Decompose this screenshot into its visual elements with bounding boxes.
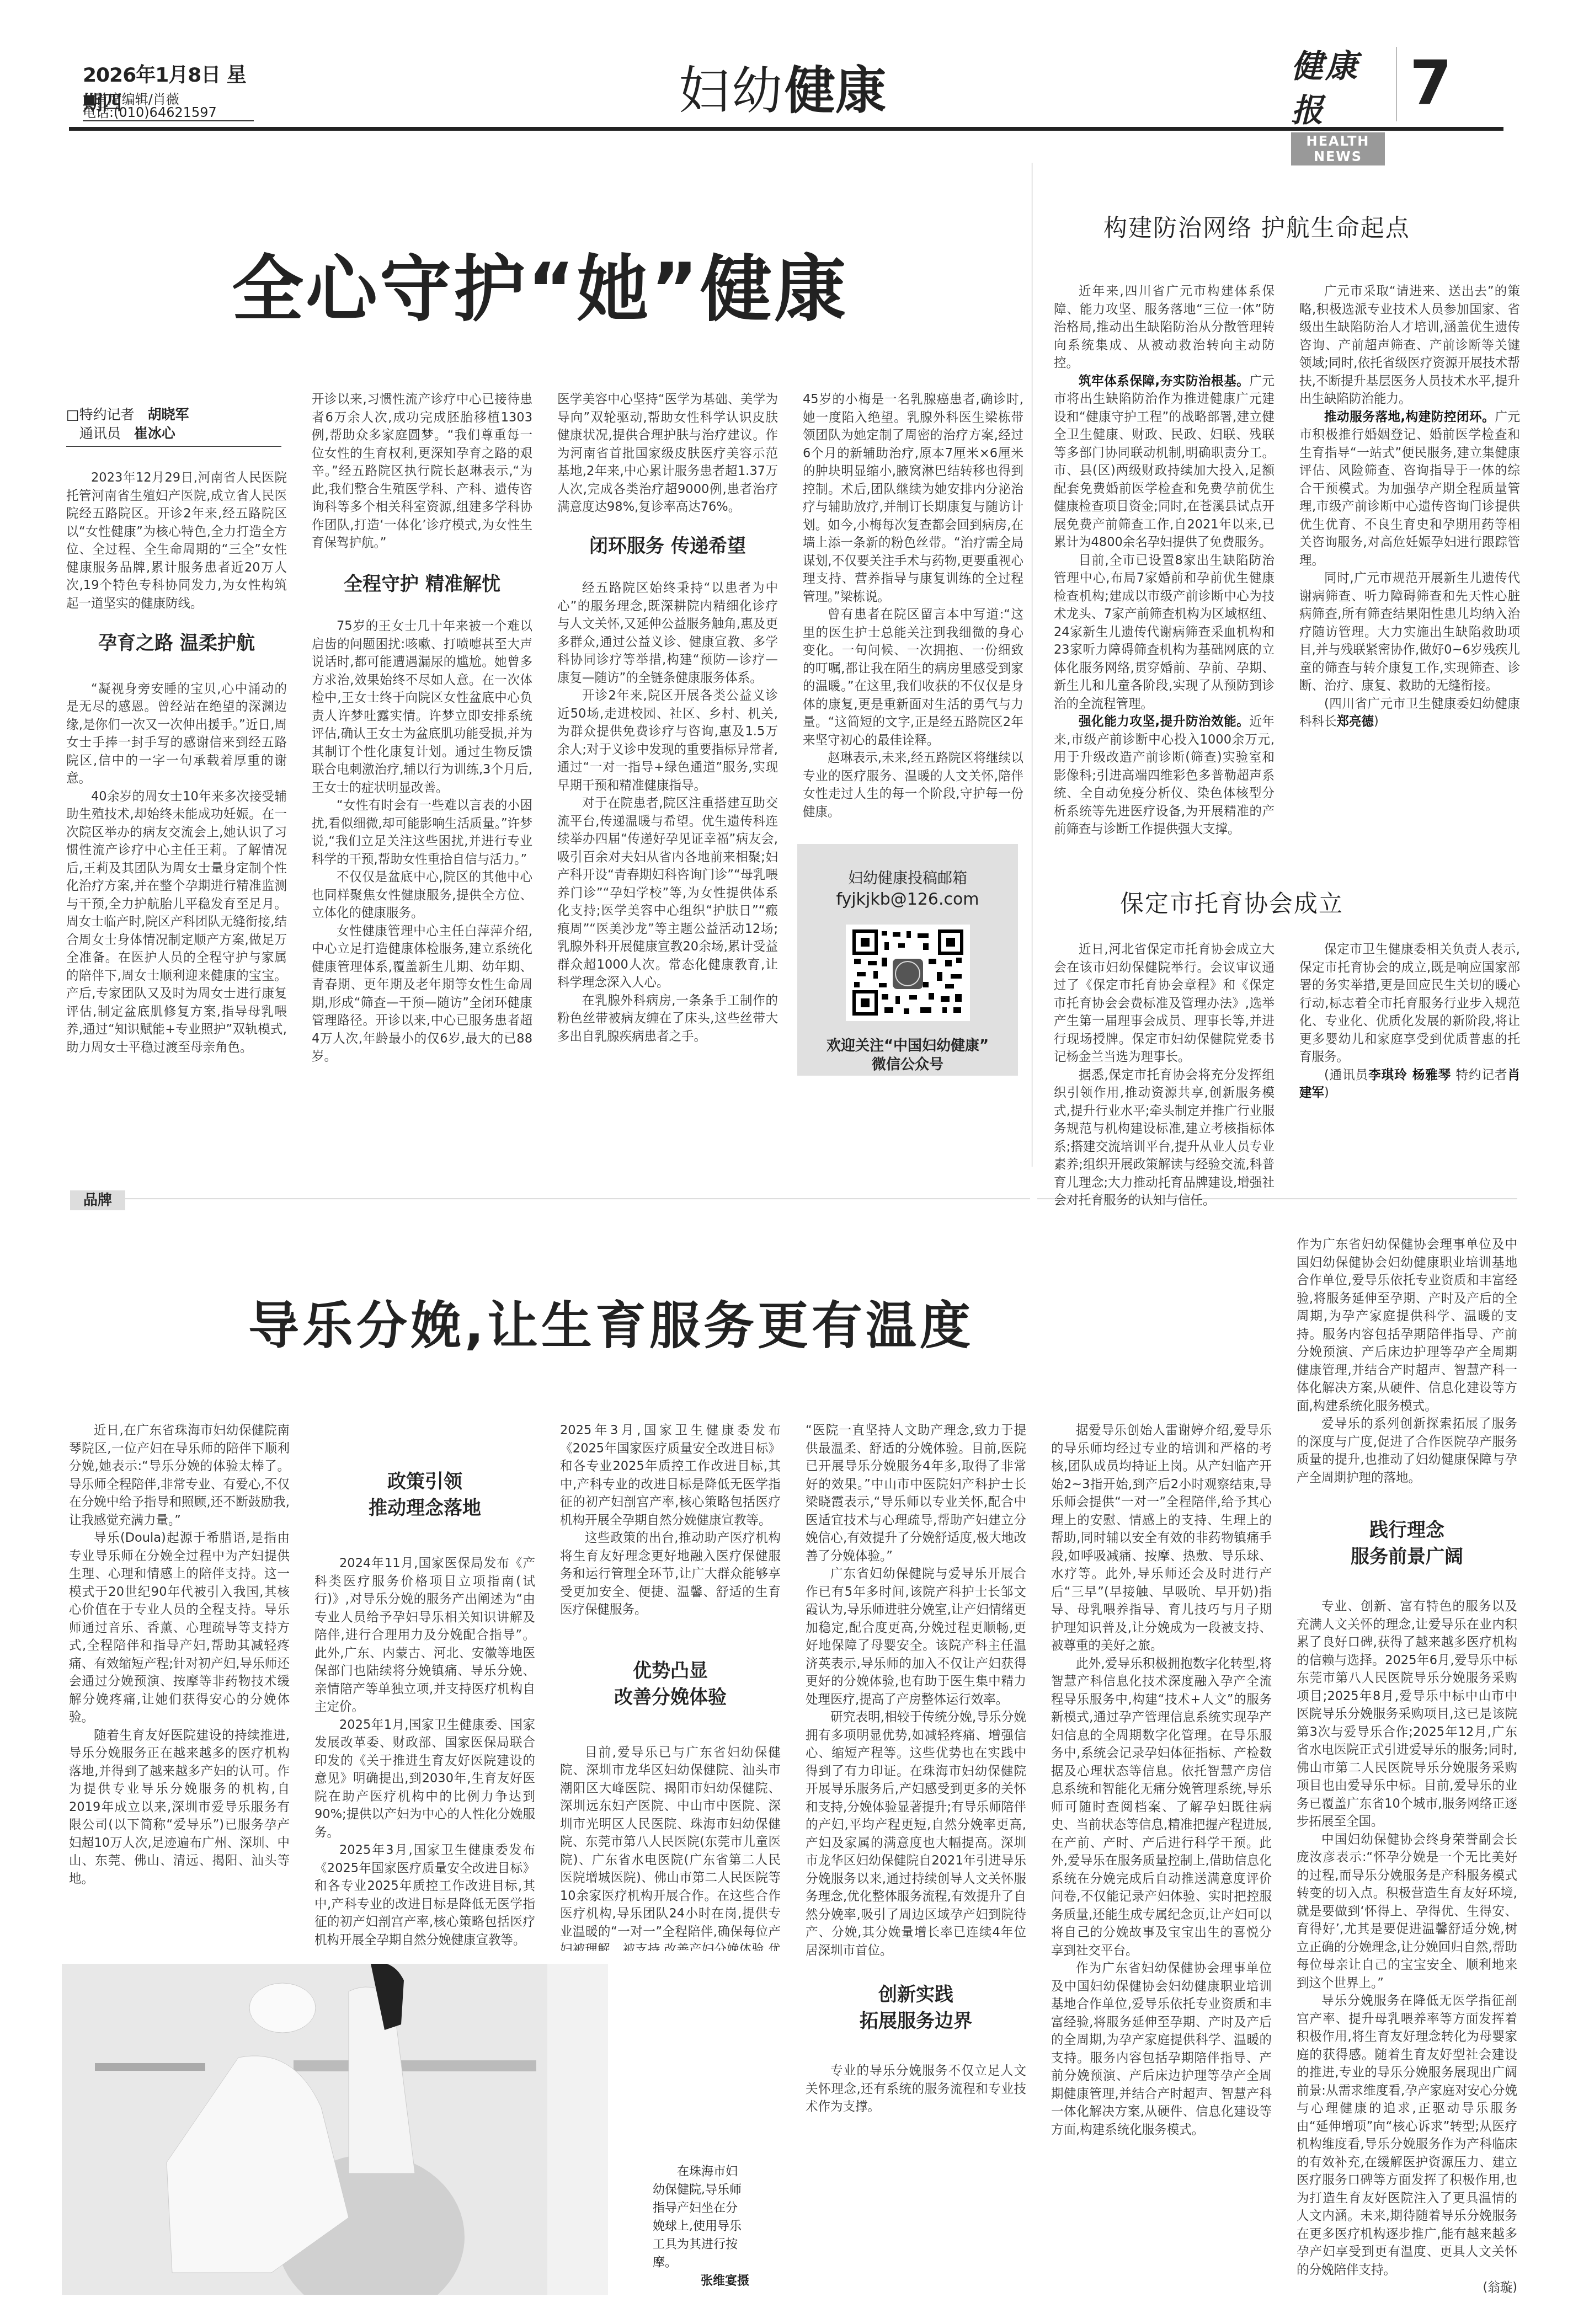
paragraph: 专业、创新、富有特色的服务以及充满人文关怀的理念,让爱导乐在业内积累了良好口碑,… [1297,1598,1517,1831]
paragraph: 中国妇幼保健协会终身荣誉副会长庞汝彦表示:“怀孕分娩是一个无比美好的过程,而导乐… [1297,1831,1517,1992]
paragraph: 曾有患者在院区留言本中写道:“这里的医生护士总能关注到我细微的身心变化。一句问候… [803,606,1023,749]
article2-column-3: 2025年3月,国家卫生健康委发布《2025年国家医疗质量安全改进目标》和各专业… [560,1422,781,1951]
paragraph: 广东省妇幼保健院与爱导乐开展合作已有5年多时间,该院产科护士长邹文霞认为,导乐师… [806,1565,1026,1708]
signature-name: 李琪玲 杨雅琴 [1368,1068,1451,1082]
article2-column-4: “医院一直坚持人文助产理念,致力于提供最温柔、舒适的分娩体验。目前,医院已开展导… [806,1422,1026,2324]
article1-column-2: 开诊以来,习惯性流产诊疗中心已接待患者6万余人次,成功完成胚胎移植1303例,帮… [312,391,532,1066]
qr-code-icon[interactable] [846,925,970,1021]
logo-divider [1396,47,1396,121]
article1-byline: □特约记者 胡晓军 通讯员 崔冰心 [66,405,281,447]
article1-headline: 全心守护“她”健康 [232,232,848,335]
paragraph: 目前,全市已设置8家出生缺陷防治管理中心,布局7家婚前和孕前优生健康检查机构;建… [1054,552,1275,713]
caption-text: 在珠海市妇幼保健院,导乐师指导产妇坐在分娩球上,使用导乐工具为其进行按摩。 [653,2162,749,2272]
submission-title: 妇幼健康投稿邮箱 [797,866,1018,888]
sidebar2-column-2: 保定市卫生健康委相关负责人表示,保定市托育协会的成立,既是响应国家部署的务实举措… [1299,941,1520,1102]
article2-column-1: 近日,在广东省珠海市妇幼保健院南琴院区,一位产妇在导乐师的陪伴下顺利分娩,她表示… [69,1422,290,1951]
paragraph: 40余岁的周女士10年来多次接受辅助生殖技术,却始终未能成功妊娠。在一次院区举办… [66,788,287,1057]
section-rule [1037,1199,1517,1199]
sidebar2-title: 保定市托育协会成立 [1120,885,1343,919]
signature-text: (四川省广元市卫生健康委妇幼健康科科长 [1299,697,1520,729]
caption-line: 微信公众号 [797,1055,1018,1074]
paragraph: “医院一直坚持人文助产理念,致力于提供最温柔、舒适的分娩体验。目前,医院已开展导… [806,1422,1026,1565]
section-title-bold: 健康 [785,61,886,120]
paragraph: 爱导乐的系列创新探索拓展了服务的深度与广度,促进了合作医院孕产服务质量的提升,也… [1297,1415,1517,1487]
article1-subhead-1: 孕育之路 温柔护航 [66,634,287,653]
paragraph: 经五路院区始终秉持“以患者为中心”的服务理念,既深耕院内精细化诊疗与人文关怀,又… [557,579,778,687]
submission-qr-box: 妇幼健康投稿邮箱 fyjkjkb@126.com 欢迎关注“中国妇幼健康” 微信… [797,844,1018,1076]
paragraph: 近日,在广东省珠海市妇幼保健院南琴院区,一位产妇在导乐师的陪伴下顺利分娩,她表示… [69,1422,290,1529]
paragraph: 近年来,四川省广元市构建体系保障、能力攻坚、服务落地“三位一体”防治格局,推动出… [1054,282,1275,372]
paragraph: 广元市采取“请进来、送出去”的策略,积极选派专业技术人员参加国家、省级出生缺陷防… [1299,282,1520,408]
sidebar2-signature: (通讯员李琪玲 杨雅琴 特约记者肖建军) [1299,1066,1520,1102]
photo-caption: 在珠海市妇幼保健院,导乐师指导产妇坐在分娩球上,使用导乐工具为其进行按摩。 张维… [653,2162,749,2290]
article2-column-2: 政策引领 推动理念落地 2024年11月,国家医保局发布《产科类医疗服务价格项目… [314,1422,535,1951]
paragraph: 2025年3月,国家卫生健康委发布《2025年国家医疗质量安全改进目标》和各专业… [314,1841,535,1949]
logo-chinese: 健康报 [1291,44,1385,132]
byline-label: 通讯员 [79,425,121,441]
paragraph: 近日,河北省保定市托育协会成立大会在该市妇幼保健院举行。会议审议通过了《保定市托… [1054,941,1275,1066]
paragraph: 45岁的小梅是一名乳腺癌患者,确诊时,她一度陷入绝望。乳腺外科医生梁栋带领团队为… [803,391,1023,606]
paragraph: 医学美容中心坚持“医学为基础、美学为导向”双轮驱动,帮助女性科学认识皮肤健康状况… [557,391,778,516]
paragraph: 这些政策的出台,推动助产医疗机构将生育友好理念更好地融入医疗保健服务和运行管理全… [560,1529,781,1619]
article1-column-3: 医学美容中心坚持“医学为基础、美学为导向”双轮驱动,帮助女性科学认识皮肤健康状况… [557,391,778,1045]
lead-in: 筑牢体系保障,夯实防治根基。 [1079,374,1249,388]
logo-english: HEALTH NEWS [1291,132,1385,165]
paragraph: 随着生育友好医院建设的持续推进,导乐分娩服务正在越来越多的医疗机构落地,并得到了… [69,1727,290,1888]
article2-subhead-2: 优势凸显 改善分娩体验 [560,1658,781,1711]
photo-illustration [62,1964,608,2295]
paragraph: 75岁的王女士几十年来被一个难以启齿的问题困扰:咳嗽、打喷嚏甚至大声说话时,都可… [312,617,532,797]
paragraph: 作为广东省妇幼保健协会理事单位及中国妇幼保健协会妇幼健康职业培训基地合作单位,爱… [1051,1959,1272,2139]
paragraph: 开诊以来,习惯性流产诊疗中心已接待患者6万余人次,成功完成胚胎移植1303例,帮… [312,391,532,552]
paragraph: “女性有时会有一些难以言表的小困扰,看似细微,却可能影响生活质量。”许梦说,“我… [312,797,532,868]
signature-text: 特约记者 [1451,1068,1507,1082]
paragraph: 目前,爱导乐已与广东省妇幼保健院、深圳市龙华区妇幼保健院、汕头市潮阳区大峰医院、… [560,1744,781,1952]
sidebar1-column-2: 广元市采取“请进来、送出去”的策略,积极选派专业技术人员参加国家、省级出生缺陷防… [1299,282,1520,851]
paragraph: 2025年1月,国家卫生健康委、国家发展改革委、财政部、国家医保局联合印发的《关… [314,1716,535,1842]
paragraph: 赵琳表示,未来,经五路院区将继续以专业的医疗服务、温暖的人文关怀,陪伴女性走过人… [803,749,1023,821]
submission-email[interactable]: fyjkjkb@126.com [797,890,1018,909]
paragraph: 专业的导乐分娩服务不仅立足人文关怀理念,还有系统的服务流程和专业技术作为支撑。 [806,2062,1026,2116]
reporter-name: 胡晓军 [147,407,189,423]
paragraph: “凝视身旁安睡的宝贝,心中涌动的是无尽的感恩。曾经站在绝望的深渊边缘,是你们一次… [66,680,287,788]
article1-subhead-2: 全程守护 精准解忧 [312,575,532,594]
article2-subhead-1: 政策引领 推动理念落地 [314,1468,535,1521]
article2-column-5: 据爱导乐创始人雷谢婷介绍,爱导乐的导乐师均经过专业的培训和严格的考核,团队成员均… [1051,1422,1272,2324]
signature-text: (通讯员 [1324,1068,1368,1082]
brand-section-tag: 品牌 [70,1190,125,1210]
signature-name: 郑亮德 [1337,714,1374,729]
caption-line: 欢迎关注“中国妇幼健康” [797,1037,1018,1055]
article2-subhead-3: 创新实践 拓展服务边界 [806,1981,1026,2034]
article1-subhead-3: 闭环服务 传递希望 [557,537,778,555]
masthead-rule [69,127,1503,131]
paragraph: 2025年3月,国家卫生健康委发布《2025年国家医疗质量安全改进目标》和各专业… [560,1422,781,1529]
paragraph: 据爱导乐创始人雷谢婷介绍,爱导乐的导乐师均经过专业的培训和严格的考核,团队成员均… [1051,1422,1272,1655]
paragraph-text: 广元市将出生缺陷防治作为推进健康广元建设和“健康守护工程”的战略部署,建立健全卫… [1054,374,1275,550]
sidebar2-column-1: 近日,河北省保定市托育协会成立大会在该市妇幼保健院举行。会议审议通过了《保定市托… [1054,941,1275,1210]
paragraph: 同时,广元市规范开展新生儿遗传代谢病筛查、听力障碍筛查和先天性心脏病筛查,所有筛… [1299,569,1520,695]
correspondent-name: 崔冰心 [134,425,175,441]
paragraph: 此外,爱导乐积极拥抱数字化转型,将智慧产科信息化技术深度融入孕产全流程导乐服务中… [1051,1655,1272,1960]
contact-phone: 电话:(010)64621597 [83,101,217,121]
article2-subhead-4: 践行理念 服务前景广阔 [1297,1517,1517,1570]
byline-label: □特约记者 [66,407,135,423]
article2-signature: (翁璇) [1297,2279,1517,2297]
newspaper-logo: 健康报 HEALTH NEWS [1291,44,1385,165]
signature-end: ) [1374,714,1379,729]
paragraph-text: 广元市积极推行婚姻登记、婚前医学检查和生育指导“一站式”便民服务,建立集健康评估… [1299,410,1520,568]
article1-column-4: 45岁的小梅是一名乳腺癌患者,确诊时,她一度陷入绝望。乳腺外科医生梁栋带领团队为… [803,391,1023,832]
paragraph: 研究表明,相较于传统分娩,导乐分娩拥有多项明显优势,如减轻疼痛、增强信心、缩短产… [806,1708,1026,1959]
lead-in: 强化能力攻坚,提升防治效能。 [1079,714,1249,729]
paragraph: 推动服务落地,构建防控闭环。广元市积极推行婚姻登记、婚前医学检查和生育指导“一站… [1299,408,1520,570]
paragraph: 导乐分娩服务在降低无医学指征剖宫产率、提升母乳喂养率等方面发挥着积极作用,将生育… [1297,1992,1517,2279]
column-divider [1032,163,1032,1167]
section-title: 妇幼健康 [679,61,886,121]
section-title-thin: 妇幼 [679,61,785,120]
paragraph: 女性健康管理中心主任白萍萍介绍,中心立足打造健康体检服务,建立系统化健康管理体系… [312,922,532,1066]
article2-column-6: 作为广东省妇幼保健协会理事单位及中国妇幼保健协会妇幼健康职业培训基地合作单位,爱… [1297,1236,1517,2317]
article2-headline: 导乐分娩,让生育服务更有温度 [248,1285,974,1358]
article1-lead: 2023年12月29日,河南省人民医院托管河南省生殖妇产医院,成立省人民医院经五… [66,469,287,612]
paragraph: 在乳腺外科病房,一条条手工制作的粉色丝带被病友缠在了床头,这些丝带大多出自乳腺疾… [557,992,778,1046]
paragraph: 筑牢体系保障,夯实防治根基。广元市将出生缺陷防治作为推进健康广元建设和“健康守护… [1054,372,1275,552]
sidebar1-column-1: 近年来,四川省广元市构建体系保障、能力攻坚、服务落地“三位一体”防治格局,推动出… [1054,282,1275,851]
paragraph: 导乐(Doula)起源于希腊语,是指由专业导乐师在分娩全过程中为产妇提供生理、心… [69,1529,290,1727]
paragraph: 2024年11月,国家医保局发布《产科类医疗服务价格项目立项指南(试行)》,对导… [314,1554,535,1716]
lead-in: 推动服务落地,构建防控闭环。 [1324,410,1495,424]
page-number: 7 [1410,52,1452,113]
doula-photo [62,1964,608,2295]
paragraph: 作为广东省妇幼保健协会理事单位及中国妇幼保健协会妇幼健康职业培训基地合作单位,爱… [1297,1236,1517,1415]
signature-end: ) [1324,1086,1329,1100]
photo-credit: 张维宴摄 [653,2272,749,2290]
paragraph: 保定市卫生健康委相关负责人表示,保定市托育协会的成立,既是响应国家部署的务实举措… [1299,941,1520,1066]
paragraph: 强化能力攻坚,提升防治效能。近年来,市级产前诊断中心投入1000余万元,用于升级… [1054,713,1275,838]
wechat-follow-caption: 欢迎关注“中国妇幼健康” 微信公众号 [797,1037,1018,1074]
article1-column-1: 2023年12月29日,河南省人民医院托管河南省生殖妇产医院,成立省人民医院经五… [66,469,287,1056]
sidebar1-title: 构建防治网络 护航生命起点 [1103,210,1410,243]
paragraph: 开诊2年来,院区开展各类公益义诊近50场,走进校园、社区、乡村、机关,为群众提供… [557,687,778,794]
paragraph-text: 近年来,市级产前诊断中心投入1000余万元,用于升级改造产前诊断(筛查)实验室和… [1054,714,1275,836]
paragraph: 据悉,保定市托育协会将充分发挥组织引领作用,推动资源共享,创新服务模式,提升行业… [1054,1066,1275,1210]
paragraph: 对于在院患者,院区注重搭建互助交流平台,传递温暖与希望。优生遗传科连续举办四届“… [557,794,778,992]
sidebar1-signature: (四川省广元市卫生健康委妇幼健康科科长郑亮德) [1299,695,1520,731]
section-rule [125,1199,1030,1199]
paragraph: 不仅仅是盆底中心,院区的其他中心也同样聚焦女性健康服务,提供全方位、立体化的健康… [312,868,532,922]
